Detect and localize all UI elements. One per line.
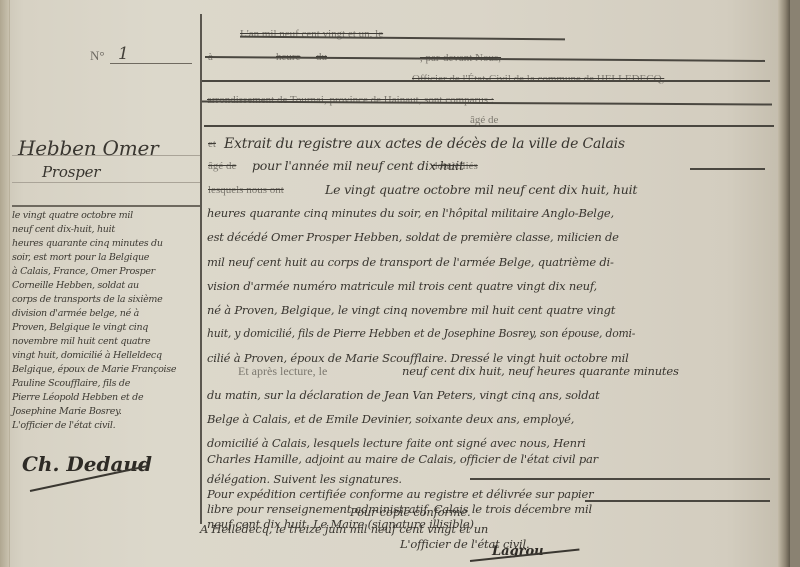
annotation-line: novembre mil huit cent quatre [12, 336, 150, 347]
annotation-line: heures quarante cinq minutes du [12, 238, 163, 249]
struck-age: âgé de [208, 160, 236, 172]
annotation-line: Corneille Hebben, soldat au [12, 280, 139, 291]
book-binding [0, 0, 10, 567]
annotation-line: Pierre Léopold Hebben et de [12, 392, 143, 403]
record-line: mil neuf cent huit au corps de transport… [207, 255, 614, 269]
record-line: Le vingt quatre octobre mil neuf cent di… [325, 182, 637, 197]
margin-divider [12, 205, 200, 207]
record-line: heures quarante cinq minutes du soir, en… [207, 206, 614, 220]
record-line: domicilié à Calais, lesquels lecture fai… [207, 436, 586, 450]
record-line: pour l'année mil neuf cent dix huit [252, 158, 464, 173]
annotation-line: neuf cent dix-huit, huit [12, 224, 115, 235]
record-number-underline [110, 63, 192, 64]
filler-line [690, 168, 765, 170]
record-line: est décédé Omer Prosper Hebben, soldat d… [207, 230, 619, 244]
record-line: cilié à Proven, époux de Marie Scoufflai… [207, 351, 629, 365]
struck-lesquels: lesquels nous ont [208, 184, 284, 196]
annotation-line: Proven, Belgique le vingt cinq [12, 322, 148, 333]
record-line: délégation. Suivent les signatures. [207, 472, 402, 486]
record-number: 1 [118, 44, 129, 64]
certification-line: A Helledecq, le treize juin mil neuf cen… [200, 522, 488, 536]
record-line: du matin, sur la déclaration de Jean Van… [207, 388, 600, 402]
form-line-officer: Officier de l'État-Civil de la commune d… [412, 73, 664, 85]
annotation-line: Josephine Marie Bosrey. [12, 406, 122, 417]
filler-line [585, 500, 770, 502]
annotation-line: le vingt quatre octobre mil [12, 210, 133, 221]
strike-line [202, 80, 770, 82]
certification-line: Pour copie conforme. [350, 505, 470, 519]
register-page: N° 1 Hebben Omer Prosper le vingt quatre… [0, 0, 790, 567]
annotation-line: division d'armée belge, né à [12, 308, 139, 319]
annotation-line: corps de transports de la sixième [12, 294, 162, 305]
margin-rule [12, 182, 200, 183]
record-line: huit, y domicilié, fils de Pierre Hebben… [207, 327, 635, 340]
record-line: Charles Hamille, adjoint au maire de Cal… [207, 452, 598, 466]
record-line: Belge à Calais, et de Emile Devinier, so… [207, 412, 574, 426]
printed-et-apres-lecture: Et après lecture, le [238, 364, 327, 379]
annotation-line: vingt huit, domicilié à Helleldecq [12, 350, 162, 361]
margin-signature: Ch. Dedaud [22, 452, 152, 476]
record-line: né à Proven, Belgique, le vingt cinq nov… [207, 303, 615, 317]
form-label-age: âgé de [470, 114, 498, 126]
record-number-label: N° [90, 48, 105, 64]
page-edge [778, 0, 790, 567]
annotation-line: Pauline Scoufflaire, fils de [12, 378, 130, 389]
annotation-line: soir, est mort pour la Belgique [12, 252, 149, 263]
column-divider [200, 14, 202, 524]
record-line: neuf cent dix huit, neuf heures quarante… [402, 364, 679, 378]
record-line: vision d'armée numéro matricule mil troi… [207, 279, 597, 293]
record-line: Pour expédition certifiée conforme au re… [207, 487, 593, 501]
struck-et: et [208, 138, 216, 150]
filler-line [470, 478, 770, 480]
record-line: Extrait du registre aux actes de décès d… [224, 136, 625, 152]
annotation-line: L'officier de l'état civil. [12, 420, 115, 431]
annotation-line: Belgique, époux de Marie Françoise [12, 364, 176, 375]
deceased-surname-firstname: Hebben Omer [18, 136, 159, 160]
deceased-middle-name: Prosper [42, 163, 100, 181]
annotation-line: à Calais, France, Omer Prosper [12, 266, 155, 277]
